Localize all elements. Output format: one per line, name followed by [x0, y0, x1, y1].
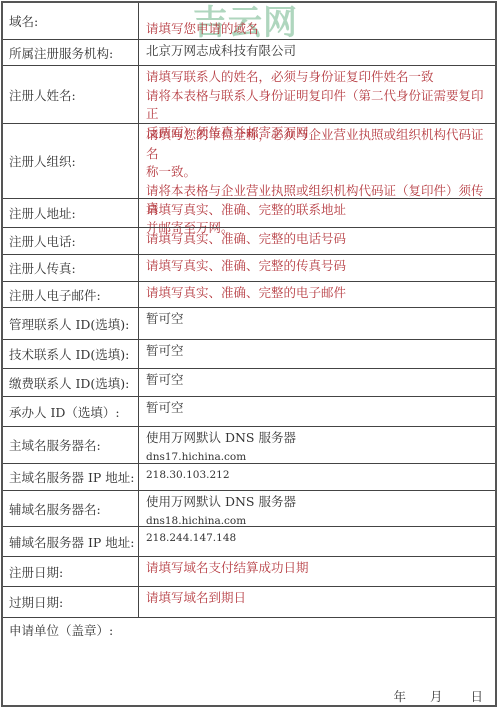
value-registrant-address[interactable]: 请填写真实、准确、完整的联系地址	[140, 199, 495, 227]
hint-text: 称一致。	[146, 163, 489, 182]
value-registrant-name[interactable]: 请填写联系人的姓名，必须与身份证复印件姓名一致 请将本表格与联系人身份证明复印件…	[140, 66, 495, 123]
row-agent-id: 承办人 ID（选填）: 暂可空	[3, 397, 495, 427]
hint-text: 请填写您申请的域名	[146, 20, 489, 39]
hint-text: 请填写真实、准确、完整的电话号码	[146, 230, 489, 249]
domain-registration-form: 吉云网 域名: 请填写您申请的域名 所属注册服务机构: 北京万网志成科技有限公司…	[1, 1, 497, 707]
label-secondary-ns-ip: 辅域名服务器 IP 地址:	[3, 527, 139, 556]
value-domain-name[interactable]: 请填写您申请的域名	[140, 3, 495, 39]
ns-description: 使用万网默认 DNS 服务器	[146, 429, 489, 448]
row-registrant-fax: 注册人传真: 请填写真实、准确、完整的传真号码	[3, 255, 495, 282]
ns-hostname: dns17.hichina.com	[146, 448, 489, 466]
value-primary-ns-name: 使用万网默认 DNS 服务器 dns17.hichina.com	[140, 427, 495, 463]
value-registration-date[interactable]: 请填写域名支付结算成功日期	[140, 557, 495, 586]
row-registrant-email: 注册人电子邮件: 请填写真实、准确、完整的电子邮件	[3, 282, 495, 308]
row-registrar: 所属注册服务机构: 北京万网志成科技有限公司	[3, 40, 495, 66]
label-primary-ns-name: 主域名服务器名:	[3, 427, 139, 463]
row-secondary-ns-name: 辅域名服务器名: 使用万网默认 DNS 服务器 dns18.hichina.co…	[3, 491, 495, 527]
row-registrant-phone: 注册人电话: 请填写真实、准确、完整的电话号码	[3, 228, 495, 255]
value-text: 暂可空	[146, 371, 489, 390]
label-admin-contact-id: 管理联系人 ID(选填):	[3, 308, 139, 339]
label-expiration-date: 过期日期:	[3, 587, 139, 617]
row-primary-ns-ip: 主域名服务器 IP 地址: 218.30.103.212	[3, 464, 495, 491]
label-secondary-ns-name: 辅域名服务器名:	[3, 491, 139, 526]
label-registrant-fax: 注册人传真:	[3, 255, 139, 281]
year-label: 年	[393, 687, 406, 705]
label-registrant-name: 注册人姓名:	[3, 66, 139, 123]
value-registrant-fax[interactable]: 请填写真实、准确、完整的传真号码	[140, 255, 495, 281]
hint-text: 请填写您的单位全称，必须与企业营业执照或组织机构代码证名	[146, 126, 489, 163]
registrar-name: 北京万网志成科技有限公司	[146, 42, 489, 61]
value-secondary-ns-ip: 218.244.147.148	[140, 527, 495, 556]
value-secondary-ns-name: 使用万网默认 DNS 服务器 dns18.hichina.com	[140, 491, 495, 526]
row-tech-contact-id: 技术联系人 ID(选填): 暂可空	[3, 340, 495, 369]
label-registrant-phone: 注册人电话:	[3, 228, 139, 254]
row-billing-contact-id: 缴费联系人 ID(选填): 暂可空	[3, 369, 495, 397]
ns-description: 使用万网默认 DNS 服务器	[146, 493, 489, 512]
value-text: 暂可空	[146, 399, 489, 418]
ns-ip: 218.244.147.148	[146, 529, 489, 547]
row-registrant-name: 注册人姓名: 请填写联系人的姓名，必须与身份证复印件姓名一致 请将本表格与联系人…	[3, 66, 495, 124]
label-domain-name: 域名:	[3, 3, 139, 39]
label-registrant-org: 注册人组织:	[3, 124, 139, 198]
value-billing-contact-id[interactable]: 暂可空	[140, 369, 495, 396]
value-agent-id[interactable]: 暂可空	[140, 397, 495, 426]
value-admin-contact-id[interactable]: 暂可空	[140, 308, 495, 339]
value-registrant-org[interactable]: 请填写您的单位全称，必须与企业营业执照或组织机构代码证名 称一致。 请将本表格与…	[140, 124, 495, 198]
label-agent-id: 承办人 ID（选填）:	[3, 397, 139, 426]
value-primary-ns-ip: 218.30.103.212	[140, 464, 495, 490]
row-primary-ns-name: 主域名服务器名: 使用万网默认 DNS 服务器 dns17.hichina.co…	[3, 427, 495, 464]
hint-text: 请填写域名支付结算成功日期	[146, 559, 489, 578]
hint-text: 请填写真实、准确、完整的联系地址	[146, 201, 489, 220]
value-text: 暂可空	[146, 342, 489, 361]
label-registrar: 所属注册服务机构:	[3, 40, 139, 65]
label-tech-contact-id: 技术联系人 ID(选填):	[3, 340, 139, 368]
value-text: 暂可空	[146, 310, 489, 329]
ns-ip: 218.30.103.212	[146, 466, 489, 484]
value-registrant-email[interactable]: 请填写真实、准确、完整的电子邮件	[140, 282, 495, 307]
row-registrant-address: 注册人地址: 请填写真实、准确、完整的联系地址	[3, 199, 495, 228]
hint-text: 请填写真实、准确、完整的电子邮件	[146, 284, 489, 303]
value-registrant-phone[interactable]: 请填写真实、准确、完整的电话号码	[140, 228, 495, 254]
label-registrant-email: 注册人电子邮件:	[3, 282, 139, 307]
label-registration-date: 注册日期:	[3, 557, 139, 586]
row-registration-date: 注册日期: 请填写域名支付结算成功日期	[3, 557, 495, 587]
label-primary-ns-ip: 主域名服务器 IP 地址:	[3, 464, 139, 490]
day-label: 日	[470, 687, 483, 705]
value-expiration-date[interactable]: 请填写域名到期日	[140, 587, 495, 617]
hint-text: 请填写联系人的姓名，必须与身份证复印件姓名一致	[146, 68, 489, 87]
value-tech-contact-id[interactable]: 暂可空	[140, 340, 495, 368]
hint-text: 请将本表格与联系人身份证明复印件（第二代身份证需要复印正	[146, 87, 489, 124]
signature-date: 年月日	[393, 687, 483, 705]
value-registrar: 北京万网志成科技有限公司	[140, 40, 495, 65]
row-secondary-ns-ip: 辅域名服务器 IP 地址: 218.244.147.148	[3, 527, 495, 557]
label-billing-contact-id: 缴费联系人 ID(选填):	[3, 369, 139, 396]
month-label: 月	[430, 687, 443, 705]
hint-text: 请填写真实、准确、完整的传真号码	[146, 257, 489, 276]
row-applicant-seal: 申请单位（盖章）: 年月日	[3, 618, 495, 707]
row-admin-contact-id: 管理联系人 ID(选填): 暂可空	[3, 308, 495, 340]
row-domain-name: 域名: 请填写您申请的域名	[3, 3, 495, 40]
row-expiration-date: 过期日期: 请填写域名到期日	[3, 587, 495, 618]
row-registrant-org: 注册人组织: 请填写您的单位全称，必须与企业营业执照或组织机构代码证名 称一致。…	[3, 124, 495, 199]
label-registrant-address: 注册人地址:	[3, 199, 139, 227]
hint-text: 请填写域名到期日	[146, 589, 489, 608]
label-applicant-seal: 申请单位（盖章）:	[9, 621, 113, 639]
